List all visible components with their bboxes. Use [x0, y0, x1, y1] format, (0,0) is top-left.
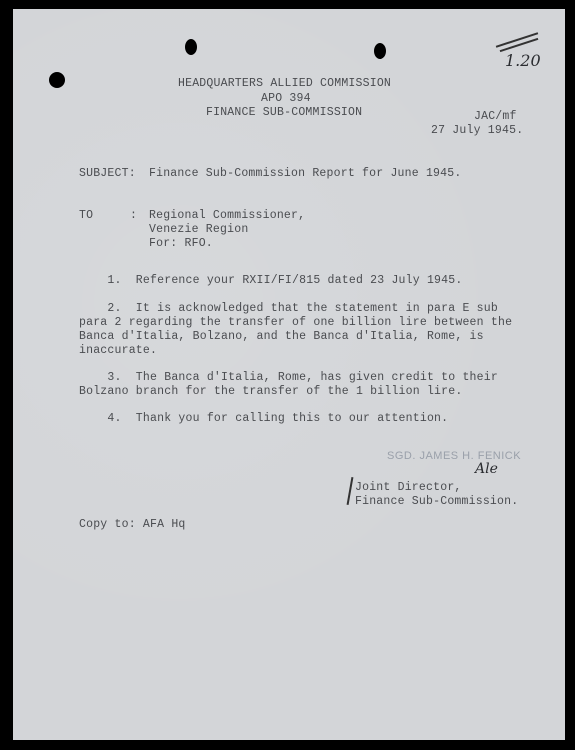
signature-stamp: SGD. JAMES H. FENICK: [387, 450, 521, 462]
paragraph-1: 1. Reference your RXII/FI/815 dated 23 J…: [79, 274, 462, 287]
paragraph-3: Bolzano branch for the transfer of the 1…: [79, 385, 462, 398]
document-date: 27 July 1945.: [431, 124, 523, 137]
punch-hole: [49, 72, 65, 88]
punch-hole: [185, 39, 197, 55]
to-colon: :: [130, 209, 137, 222]
paragraph-3: 3. The Banca d'Italia, Rome, has given c…: [79, 371, 498, 384]
handwritten-note: 1.20: [505, 51, 541, 70]
paragraph-2: Banca d'Italia, Bolzano, and the Banca d…: [79, 330, 484, 343]
letterhead-line1: HEADQUARTERS ALLIED COMMISSION: [178, 77, 391, 90]
letterhead-line3: FINANCE SUB-COMMISSION: [206, 106, 362, 119]
signature-initials: Ale: [475, 461, 498, 477]
to-line: Regional Commissioner,: [149, 209, 305, 222]
reference-initials: JAC/mf: [474, 110, 517, 123]
to-line: Venezie Region: [149, 223, 248, 236]
signature-mark: [347, 477, 354, 505]
signature-title: Joint Director,: [355, 481, 462, 494]
letterhead-line2: APO 394: [261, 92, 311, 105]
to-line: For: RFO.: [149, 237, 213, 250]
punch-hole: [374, 43, 386, 59]
signature-department: Finance Sub-Commission.: [355, 495, 518, 508]
paragraph-2: para 2 regarding the transfer of one bil…: [79, 316, 512, 329]
paragraph-4: 4. Thank you for calling this to our att…: [79, 412, 448, 425]
paragraph-2: 2. It is acknowledged that the statement…: [79, 302, 498, 315]
subject-label: SUBJECT:: [79, 167, 136, 180]
document-page: 1.20 HEADQUARTERS ALLIED COMMISSION APO …: [13, 9, 565, 740]
subject-text: Finance Sub-Commission Report for June 1…: [149, 167, 461, 180]
to-label: TO: [79, 209, 93, 222]
paragraph-2: inaccurate.: [79, 344, 157, 357]
copy-to: Copy to: AFA Hq: [79, 518, 186, 531]
